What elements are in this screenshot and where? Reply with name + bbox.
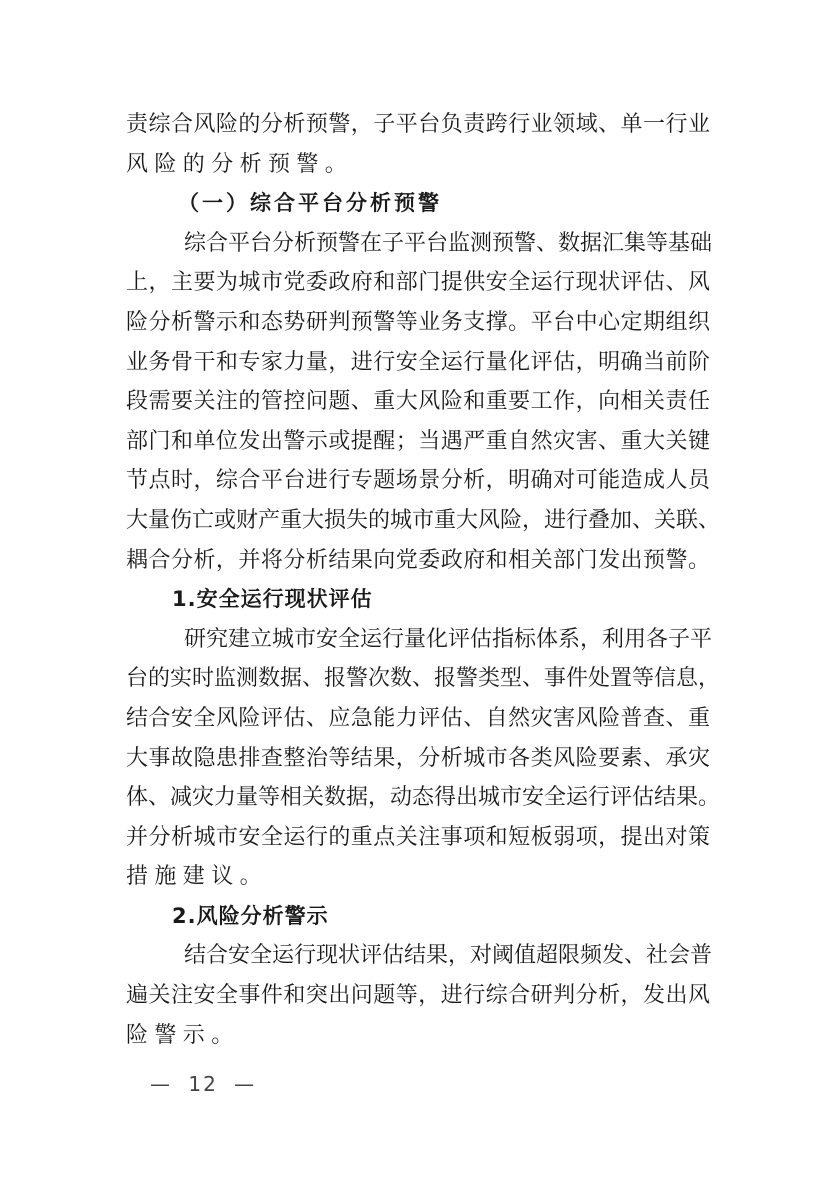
paragraph-line: 段需要关注的管控问题、重大风险和重要工作，向相关责任 (126, 382, 710, 422)
paragraph-line: 综合平台分析预警在子平台监测预警、数据汇集等基础 (126, 224, 710, 264)
paragraph-line: 结合安全风险评估、应急能力评估、自然灾害风险普查、重 (126, 699, 710, 739)
paragraph-line: 大量伤亡或财产重大损失的城市重大风险，进行叠加、关联、 (126, 501, 710, 541)
paragraph-line: 措施建议。 (126, 857, 710, 897)
paragraph-line: 节点时，综合平台进行专题场景分析，明确对可能造成人员 (126, 461, 710, 501)
paragraph-line: 台的实时监测数据、报警次数、报警类型、事件处置等信息， (126, 659, 710, 699)
paragraph-line: 结合安全运行现状评估结果，对阈值超限频发、社会普 (126, 936, 710, 976)
paragraph-line: 部门和单位发出警示或提醒；当遇严重自然灾害、重大关键 (126, 422, 710, 462)
body-text-line: 责综合风险的分析预警，子平台负责跨行业领域、单一行业 (126, 105, 710, 145)
paragraph-line: 大事故隐患排查整治等结果，分析城市各类风险要素、承灾 (126, 739, 710, 779)
paragraph-line: 并分析城市安全运行的重点关注事项和短板弱项，提出对策 (126, 818, 710, 858)
paragraph-line: 险分析警示和态势研判预警等业务支撑。平台中心定期组织 (126, 303, 710, 343)
page-number: — 12 — (150, 1072, 256, 1096)
paragraph-line: 上，主要为城市党委政府和部门提供安全运行现状评估、风 (126, 263, 710, 303)
paragraph-line: 研究建立城市安全运行量化评估指标体系，利用各子平 (126, 620, 710, 660)
subsection-heading-2: 2.风险分析警示 (126, 897, 710, 937)
paragraph-line: 险警示。 (126, 1016, 710, 1056)
section-heading: （一）综合平台分析预警 (126, 184, 710, 224)
body-text-line: 风险的分析预警。 (126, 145, 710, 185)
paragraph-line: 遍关注安全事件和突出问题等，进行综合研判分析，发出风 (126, 976, 710, 1016)
paragraph-line: 体、减灾力量等相关数据，动态得出城市安全运行评估结果。 (126, 778, 710, 818)
subsection-heading-1: 1.安全运行现状评估 (126, 580, 710, 620)
document-page: 责综合风险的分析预警，子平台负责跨行业领域、单一行业 风险的分析预警。 （一）综… (126, 105, 710, 1055)
paragraph-line: 业务骨干和专家力量，进行安全运行量化评估，明确当前阶 (126, 343, 710, 383)
paragraph-line: 耦合分析，并将分析结果向党委政府和相关部门发出预警。 (126, 541, 710, 581)
